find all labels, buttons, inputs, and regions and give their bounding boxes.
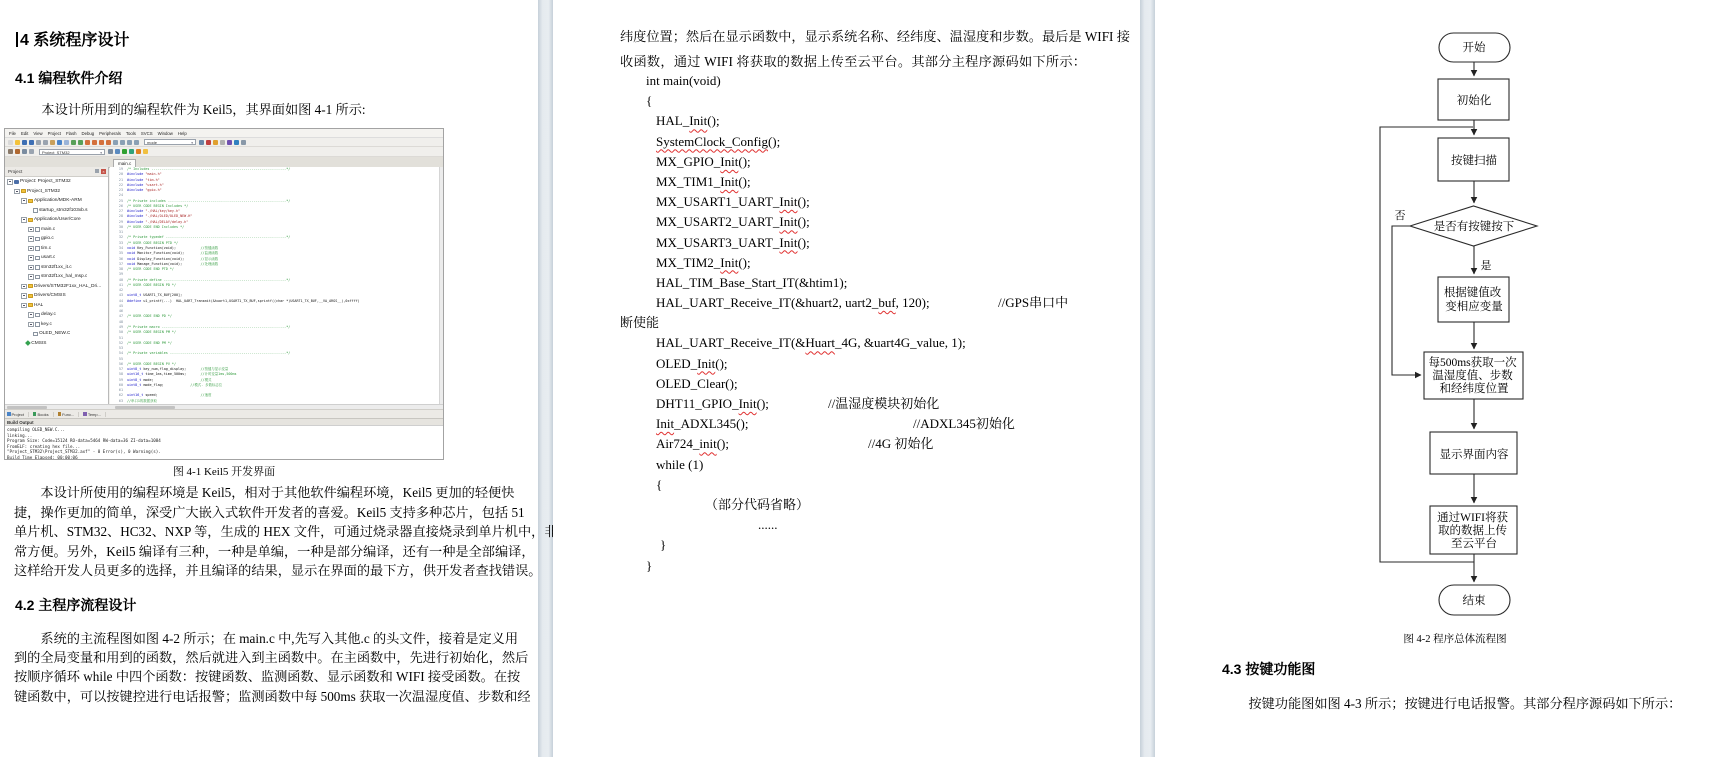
paragraph-flow-description: 系统的主流程图如图 4-2 所示；在 main.c 中,先写入其他.c 的头文件… xyxy=(14,629,482,706)
text-line: 系统的主流程图如图 4-2 所示；在 main.c 中,先写入其他.c 的头文件… xyxy=(14,629,482,648)
expand-icon[interactable] xyxy=(21,303,27,309)
breakpoint-icon[interactable] xyxy=(206,140,211,145)
source-code-line: MX_TIM1_Init(); xyxy=(646,172,1126,192)
source-code-line: HAL_UART_Receive_IT(&Huart_4G, &uart4G_v… xyxy=(646,333,1126,353)
source-code-line: （部分代码省略） xyxy=(646,495,1126,515)
save-icon[interactable] xyxy=(22,140,27,145)
text-cursor xyxy=(16,32,18,47)
folder-icon xyxy=(28,294,33,298)
tree-item-label: Project: Project_STM32 xyxy=(20,177,71,187)
source-code-line: { xyxy=(646,475,1126,495)
tree-item-label: gpio.c xyxy=(41,234,54,244)
source-code-line: ...... xyxy=(646,515,1126,535)
rebuild-icon[interactable] xyxy=(122,149,127,154)
tree-item[interactable]: gpio.c xyxy=(5,234,108,244)
folder-icon xyxy=(28,303,33,307)
source-code-line: Init_ADXL345();//ADXL345初始化 xyxy=(646,414,1126,434)
label-no: 否 xyxy=(1395,209,1406,222)
flow-key-change xyxy=(1438,277,1509,322)
panel-tab-books[interactable]: Books xyxy=(33,412,54,417)
navigate-forward-icon[interactable] xyxy=(78,140,83,145)
spacer xyxy=(28,209,32,213)
text-line: Build Time Elapsed: 00:00:06 xyxy=(7,455,444,461)
cut-icon[interactable] xyxy=(36,140,41,145)
no-branch-line xyxy=(1392,226,1421,375)
panel-tab-project[interactable]: Project xyxy=(7,412,29,417)
mode-combo-icon[interactable]: mode xyxy=(144,139,196,145)
spacer xyxy=(28,332,32,336)
page-2: 纬度位置；然后在显示函数中，显示系统名称、经纬度、温湿度和步数。最后是 WIFI… xyxy=(553,0,1140,757)
expand-icon[interactable] xyxy=(28,246,34,252)
copy-icon[interactable] xyxy=(43,140,48,145)
tree-item[interactable]: OLED_NEW.C xyxy=(5,329,108,339)
source-code-line: MX_USART2_UART_Init(); xyxy=(646,212,1126,232)
source-code-line: OLED_Init(); xyxy=(646,354,1126,374)
cmsis-icon xyxy=(25,341,30,346)
stop-build-icon[interactable] xyxy=(136,149,141,154)
expand-icon[interactable] xyxy=(28,265,34,271)
tree-item[interactable]: Drivers/CMSIS xyxy=(5,291,108,301)
tree-item-label: delay.c xyxy=(41,310,56,320)
source-code-line: HAL_Init(); xyxy=(646,111,1126,131)
expand-icon[interactable] xyxy=(28,274,34,280)
build-output-text: compiling OLED_NEW.C...linking...Program… xyxy=(5,425,444,459)
navigate-back-icon[interactable] xyxy=(71,140,76,145)
tree-item[interactable]: stm32f1xx_hal_msp.c xyxy=(5,272,108,282)
source-code-line: DHT11_GPIO_Init();//温湿度模块初始化 xyxy=(646,394,1126,414)
menu-window[interactable]: Window xyxy=(158,131,173,136)
tree-item-label: main.c xyxy=(41,225,55,235)
find-in-files-icon[interactable] xyxy=(199,140,204,145)
file-icon xyxy=(35,265,40,270)
tab-icon xyxy=(33,412,37,416)
tree-item[interactable]: HAL xyxy=(5,301,108,311)
tree-item-label: CMSIS xyxy=(31,339,46,349)
tree-item[interactable]: Project_STM32 xyxy=(5,187,108,197)
folder-icon xyxy=(28,218,33,222)
keil-screenshot: FileEditViewProjectFlashDebugPeripherals… xyxy=(4,128,444,460)
menu-view[interactable]: View xyxy=(33,131,42,136)
tree-item[interactable]: stm32f1xx_it.c xyxy=(5,263,108,273)
tree-item[interactable]: delay.c xyxy=(5,310,108,320)
source-code-line: HAL_TIM_Base_Start_IT(&htim1); xyxy=(646,273,1126,293)
section-heading-4-2: 4.2 主程序流程设计 xyxy=(15,595,136,615)
section-heading-4-3: 4.3 按键功能图 xyxy=(1222,659,1315,679)
tree-item-label: Application/User/Core xyxy=(34,215,81,225)
file-icon xyxy=(35,237,40,242)
paste-icon[interactable] xyxy=(50,140,55,145)
tree-item[interactable]: Application/User/Core xyxy=(5,215,108,225)
insert-template-icon[interactable] xyxy=(234,140,239,145)
menu-edit[interactable]: Edit xyxy=(21,131,28,136)
tree-item[interactable]: Application/MDK-ARM xyxy=(5,196,108,206)
project-panel-header: Project × xyxy=(5,167,108,177)
section-heading-4-1: 4.1 编程软件介绍 xyxy=(15,68,122,88)
bookmark-prev-icon[interactable] xyxy=(99,140,104,145)
paragraph-keil-description: 本设计所使用的编程环境是 Keil5，相对于其他软件编程环境，Keil5 更加的… xyxy=(14,483,482,581)
breakpoint-kill-icon[interactable] xyxy=(220,140,225,145)
tree-item-label: key.c xyxy=(41,320,52,330)
svg-text:开始: 开始 xyxy=(1463,40,1486,54)
flowchart-figure: 开始 初始化 按键扫描 是否有按键按下 否 是 根据键值改 变相应变量 每500… xyxy=(1155,0,1713,628)
tree-item[interactable]: CMSIS xyxy=(5,339,108,349)
main-code-block: int main(void){HAL_Init();SystemClock_Co… xyxy=(646,71,1126,576)
tree-item[interactable]: usart.c xyxy=(5,253,108,263)
text-line: 到的全局变量和用到的函数，然后就进入到主函数中。在主函数中，先进行初始化，然后 xyxy=(14,648,482,667)
menu-file[interactable]: File xyxy=(9,131,16,136)
source-code-line: HAL_UART_Receive_IT(&huart2, uart2_buf, … xyxy=(646,293,1126,313)
redo-icon[interactable] xyxy=(64,140,69,145)
expand-icon[interactable] xyxy=(21,293,27,299)
file-icon xyxy=(35,256,40,261)
save-all-icon[interactable] xyxy=(29,140,34,145)
text-line: 键函数中，可以按键控进行电话报警；监测函数中每 500ms 获取一次温湿度值、步… xyxy=(14,687,482,706)
source-code-line: Air724_init();//4G 初始化 xyxy=(646,434,1126,454)
editor-vertical-scrollbar[interactable] xyxy=(439,167,443,404)
tree-item[interactable]: tim.c xyxy=(5,244,108,254)
panel-bottom-tabs: ProjectBooksFunc...Temp... xyxy=(5,409,444,418)
file-icon xyxy=(35,322,40,327)
source-code-line: MX_GPIO_Init(); xyxy=(646,152,1126,172)
file-icon xyxy=(35,227,40,232)
bookmark-next-icon[interactable] xyxy=(92,140,97,145)
tree-item-label: Drivers/STM32F1xx_HAL_Dri... xyxy=(34,282,101,292)
page-gap-2 xyxy=(1140,0,1155,757)
expand-icon[interactable] xyxy=(28,236,34,242)
panel-tab-func[interactable]: Func... xyxy=(58,412,80,417)
file-icon xyxy=(33,332,38,337)
options-icon[interactable] xyxy=(22,149,27,154)
source-code-line: SystemClock_Config(); xyxy=(646,132,1126,152)
source-code-line: } xyxy=(646,535,1126,555)
tree-item-label: HAL xyxy=(34,301,43,311)
paragraph-main-intro: 纬度位置；然后在显示函数中，显示系统名称、经纬度、温湿度和步数。最后是 WIFI… xyxy=(620,24,1086,74)
pack-installer-icon[interactable] xyxy=(143,149,148,154)
page-1: 4 系统程序设计 4.1 编程软件介绍 本设计所用到的编程软件为 Keil5，其… xyxy=(0,0,538,757)
expand-icon[interactable] xyxy=(28,227,34,233)
tree-item-label: startup_stm32f103xb.s xyxy=(39,206,88,216)
indent-right-icon[interactable] xyxy=(120,140,125,145)
pin-icon[interactable] xyxy=(95,169,99,173)
code-comment: //GPS串口中 xyxy=(988,293,1068,313)
tree-item[interactable]: main.c xyxy=(5,225,108,235)
expand-icon[interactable] xyxy=(21,284,27,290)
indent-left-icon[interactable] xyxy=(113,140,118,145)
page-3: 开始 初始化 按键扫描 是否有按键按下 否 是 根据键值改 变相应变量 每500… xyxy=(1155,0,1713,757)
tree-item[interactable]: Drivers/STM32F1xx_HAL_Dri... xyxy=(5,282,108,292)
loop-line-outer xyxy=(1380,127,1474,562)
menu-help[interactable]: Help xyxy=(178,131,187,136)
svg-text:按键扫描: 按键扫描 xyxy=(1451,153,1497,167)
keil-menubar: FileEditViewProjectFlashDebugPeripherals… xyxy=(5,129,443,138)
file-icon xyxy=(35,275,40,280)
paragraph-keil-intro: 本设计所用到的编程软件为 Keil5，其界面如图 4-1 所示: xyxy=(15,99,483,118)
svg-text:结束: 结束 xyxy=(1463,593,1486,607)
source-code-line: MX_USART1_UART_Init(); xyxy=(646,192,1126,212)
text-line: 常方便。另外，Keil5 编译有三种，一种是单编，一种是部分编译，还有一种是全部… xyxy=(14,542,482,562)
tree-item-label: OLED_NEW.C xyxy=(39,329,70,339)
source-code-line: MX_USART3_UART_Init(); xyxy=(646,233,1126,253)
text-line: 本设计所使用的编程环境是 Keil5，相对于其他软件编程环境，Keil5 更加的… xyxy=(14,483,482,503)
undo-icon[interactable] xyxy=(57,140,62,145)
bookmark-icon[interactable] xyxy=(85,140,90,145)
folder-icon xyxy=(28,284,33,288)
svg-text:每500ms获取一次 温湿度值、步数: 每500ms获取一次 温湿度值、步数 和经纬度位置 xyxy=(1428,355,1519,395)
source-code-line: } xyxy=(646,556,1126,576)
expand-icon[interactable] xyxy=(14,189,20,195)
target-combo-icon[interactable]: Project_STM32 xyxy=(39,149,105,155)
label-yes: 是 xyxy=(1481,259,1492,272)
menu-peripherals[interactable]: Peripherals xyxy=(99,131,121,136)
tab-icon xyxy=(7,412,11,416)
spacer xyxy=(21,342,25,346)
source-code-line: MX_TIM2_Init(); xyxy=(646,253,1126,273)
tree-item-label: usart.c xyxy=(41,253,55,263)
expand-icon[interactable] xyxy=(21,217,27,223)
build-icon[interactable] xyxy=(115,149,120,154)
expand-icon[interactable] xyxy=(28,322,34,328)
target-options-icon[interactable] xyxy=(29,149,34,154)
source-code-line: { xyxy=(646,91,1126,111)
source-code-line: while (1) xyxy=(646,455,1126,475)
tree-item-label: tim.c xyxy=(41,244,51,254)
text-line: 纬度位置；然后在显示函数中，显示系统名称、经纬度、温湿度和步数。最后是 WIFI… xyxy=(620,24,1086,49)
batch-build-icon[interactable] xyxy=(129,149,134,154)
source-code-line: int main(void) xyxy=(646,71,1126,91)
svg-text:显示界面内容: 显示界面内容 xyxy=(1440,447,1509,461)
code-comment: //ADXL345初始化 xyxy=(903,414,1015,434)
tree-item[interactable]: Project: Project_STM32 xyxy=(5,177,108,187)
document-canvas: { "page1": { "h1": "4 系统程序设计", "h2_1": "… xyxy=(0,0,1713,757)
section-heading-4: 4 系统程序设计 xyxy=(16,27,129,50)
erase-icon[interactable] xyxy=(15,149,20,154)
page-gap-1 xyxy=(538,0,553,757)
keil-toolbar-1: mode xyxy=(5,138,443,147)
root-icon xyxy=(14,180,19,185)
menu-debug[interactable]: Debug xyxy=(81,131,94,136)
code-comment: //4G 初始化 xyxy=(858,434,933,454)
paragraph-key-function: 按键功能图如图 4-3 所示；按键进行电话报警。其部分程序源码如下所示： xyxy=(1222,693,1692,712)
tree-item[interactable]: key.c xyxy=(5,320,108,330)
close-icon[interactable]: × xyxy=(101,169,106,174)
tab-icon xyxy=(83,412,87,416)
file-icon xyxy=(33,208,38,213)
uncomment-icon[interactable] xyxy=(134,140,139,145)
tab-icon xyxy=(58,412,62,416)
expand-icon[interactable] xyxy=(21,198,27,204)
expand-icon[interactable] xyxy=(28,312,34,318)
keil-project-panel: Project × Project: Project_STM32Project_… xyxy=(5,167,109,404)
tree-item-label: Application/MDK-ARM xyxy=(34,196,82,206)
expand-icon[interactable] xyxy=(28,255,34,261)
text-line: 按顺序循环 while 中四个函数：按键函数、监测函数、显示函数和 WIFI 接… xyxy=(14,667,482,686)
tree-item-label: Project_STM32 xyxy=(27,187,60,197)
expand-icon[interactable] xyxy=(7,179,13,185)
tree-item-label: Drivers/CMSIS xyxy=(34,291,66,301)
svg-text:初始化: 初始化 xyxy=(1457,93,1492,107)
breakpoint-disable-icon[interactable] xyxy=(213,140,218,145)
code-comment: //温湿度模块初始化 xyxy=(818,394,939,414)
bookmark-clear-icon[interactable] xyxy=(106,140,111,145)
file-icon xyxy=(35,246,40,251)
tree-item-label: stm32f1xx_it.c xyxy=(41,263,72,273)
folder-icon xyxy=(21,189,26,193)
debug-session-icon[interactable] xyxy=(227,140,232,145)
menu-flash[interactable]: Flash xyxy=(66,131,77,136)
keil-project-tree: Project: Project_STM32Project_STM32Appli… xyxy=(5,177,108,348)
keil-code: 19/* Includes --------------------------… xyxy=(110,167,444,404)
build-output-header: Build Output xyxy=(5,418,444,425)
file-icon xyxy=(35,313,40,318)
text-line: 这样给开发人员更多的选择，并且编译的结果，显示在界面的最下方，供开发者查找错误。 xyxy=(14,561,482,581)
tree-item-label: stm32f1xx_hal_msp.c xyxy=(41,272,87,282)
comment-icon[interactable] xyxy=(127,140,132,145)
figure-caption-4-1: 图 4-1 Keil5 开发界面 xyxy=(4,463,444,479)
open-folder-icon[interactable] xyxy=(15,140,20,145)
source-code-line: OLED_Clear(); xyxy=(646,374,1126,394)
figure-caption-4-2: 图 4-2 程序总体流程图 xyxy=(1255,631,1655,646)
new-file-icon[interactable] xyxy=(8,140,13,145)
menu-project[interactable]: Project xyxy=(48,131,61,136)
menu-svcs[interactable]: SVCS xyxy=(141,131,153,136)
tree-item[interactable]: startup_stm32f103xb.s xyxy=(5,206,108,216)
configure-icon[interactable] xyxy=(241,140,246,145)
text-line: 捷，操作更加的简单，深受广大嵌入式软件开发者的喜爱。Keil5 支持多种芯片，包… xyxy=(14,503,482,523)
source-code-line: 断使能 xyxy=(646,313,1126,333)
keil-toolbar-2: Project_STM32 xyxy=(5,147,443,157)
svg-text:是否有按键按下: 是否有按键按下 xyxy=(1434,219,1515,233)
panel-tab-temp[interactable]: Temp... xyxy=(83,412,106,417)
menu-tools[interactable]: Tools xyxy=(126,131,136,136)
manage-components-icon[interactable] xyxy=(108,149,113,154)
download-icon[interactable] xyxy=(8,149,13,154)
text-line: 单片机、STM32、HC32、NXP 等，生成的 HEX 文件，可通过烧录器直接… xyxy=(14,522,482,542)
folder-icon xyxy=(28,199,33,203)
